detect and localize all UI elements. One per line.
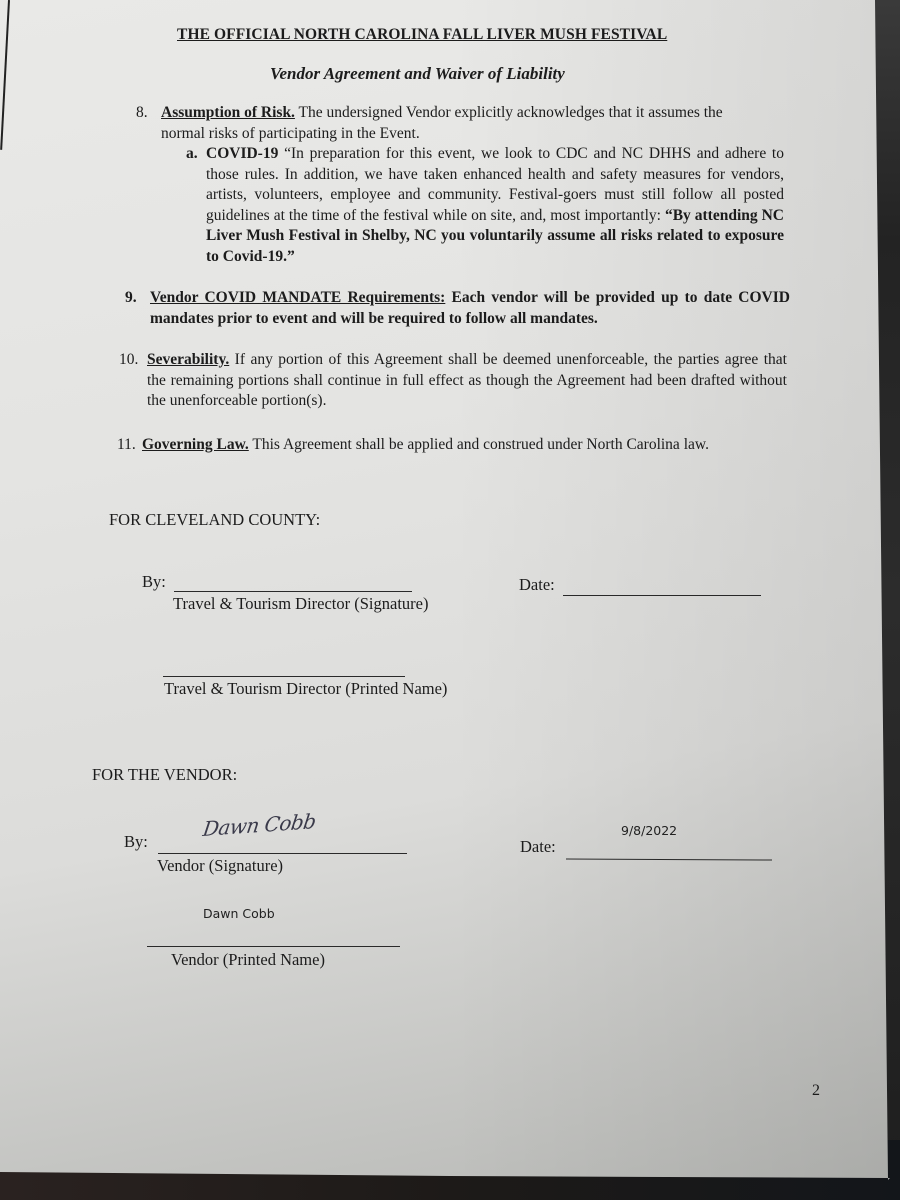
- section-11-heading: Governing Law.: [142, 436, 249, 453]
- county-printed-name-field[interactable]: [163, 656, 405, 676]
- section-8a-body: COVID-19 “In preparation for this event,…: [206, 144, 784, 267]
- section-10-body: Severability. If any portion of this Agr…: [147, 350, 787, 412]
- section-9-body: Vendor COVID MANDATE Requirements: Each …: [150, 288, 790, 329]
- vendor-printed-name-caption: Vendor (Printed Name): [171, 950, 325, 970]
- section-8a-heading: COVID-19: [206, 145, 278, 162]
- vendor-date-label: Date:: [520, 837, 556, 857]
- county-signature-line: [174, 591, 412, 592]
- county-printed-name-caption: Travel & Tourism Director (Printed Name): [164, 679, 447, 699]
- vendor-signature-caption: Vendor (Signature): [157, 856, 283, 876]
- county-printed-name-line: [163, 676, 405, 677]
- page-number: 2: [812, 1082, 820, 1100]
- underlying-page-edge: [0, 0, 10, 150]
- vendor-printed-name-line: [147, 946, 400, 947]
- vendor-signature[interactable]: Dawn Cobb: [201, 809, 317, 841]
- section-8a-label: a.: [186, 144, 198, 165]
- section-10-heading: Severability.: [147, 351, 229, 368]
- county-signature-caption: Travel & Tourism Director (Signature): [173, 594, 428, 614]
- county-date-line: [563, 595, 761, 596]
- section-8-number: 8.: [136, 103, 148, 124]
- section-11-text: This Agreement shall be applied and cons…: [249, 436, 709, 453]
- section-9-heading: Vendor COVID MANDATE Requirements:: [150, 289, 445, 306]
- vendor-signature-line: [158, 853, 407, 854]
- county-signature-field[interactable]: [174, 570, 412, 592]
- vendor-date-value[interactable]: 9/8/2022: [621, 823, 677, 838]
- vendor-by-label: By:: [124, 832, 148, 852]
- county-block-heading: FOR CLEVELAND COUNTY:: [109, 510, 320, 530]
- county-date-label: Date:: [519, 575, 555, 595]
- county-date-field[interactable]: [563, 574, 761, 596]
- vendor-block-heading: FOR THE VENDOR:: [92, 765, 237, 785]
- section-11-body: Governing Law. This Agreement shall be a…: [142, 435, 794, 456]
- section-8-line1: Assumption of Risk. The undersigned Vend…: [161, 103, 723, 124]
- county-by-label: By:: [142, 572, 166, 592]
- document-title: THE OFFICIAL NORTH CAROLINA FALL LIVER M…: [177, 26, 667, 44]
- section-8-heading: Assumption of Risk.: [161, 104, 295, 121]
- section-10-number: 10.: [119, 350, 138, 371]
- section-8-text: The undersigned Vendor explicitly acknow…: [295, 104, 723, 121]
- section-8-line2: normal risks of participating in the Eve…: [161, 124, 420, 145]
- vendor-date-line: [566, 858, 772, 860]
- vendor-printed-name-value[interactable]: Dawn Cobb: [203, 906, 275, 921]
- section-10-text: If any portion of this Agreement shall b…: [147, 351, 787, 409]
- section-11-number: 11.: [117, 435, 136, 456]
- document-subtitle: Vendor Agreement and Waiver of Liability: [270, 64, 565, 84]
- document-page: THE OFFICIAL NORTH CAROLINA FALL LIVER M…: [0, 0, 900, 1180]
- section-9-number: 9.: [125, 288, 137, 309]
